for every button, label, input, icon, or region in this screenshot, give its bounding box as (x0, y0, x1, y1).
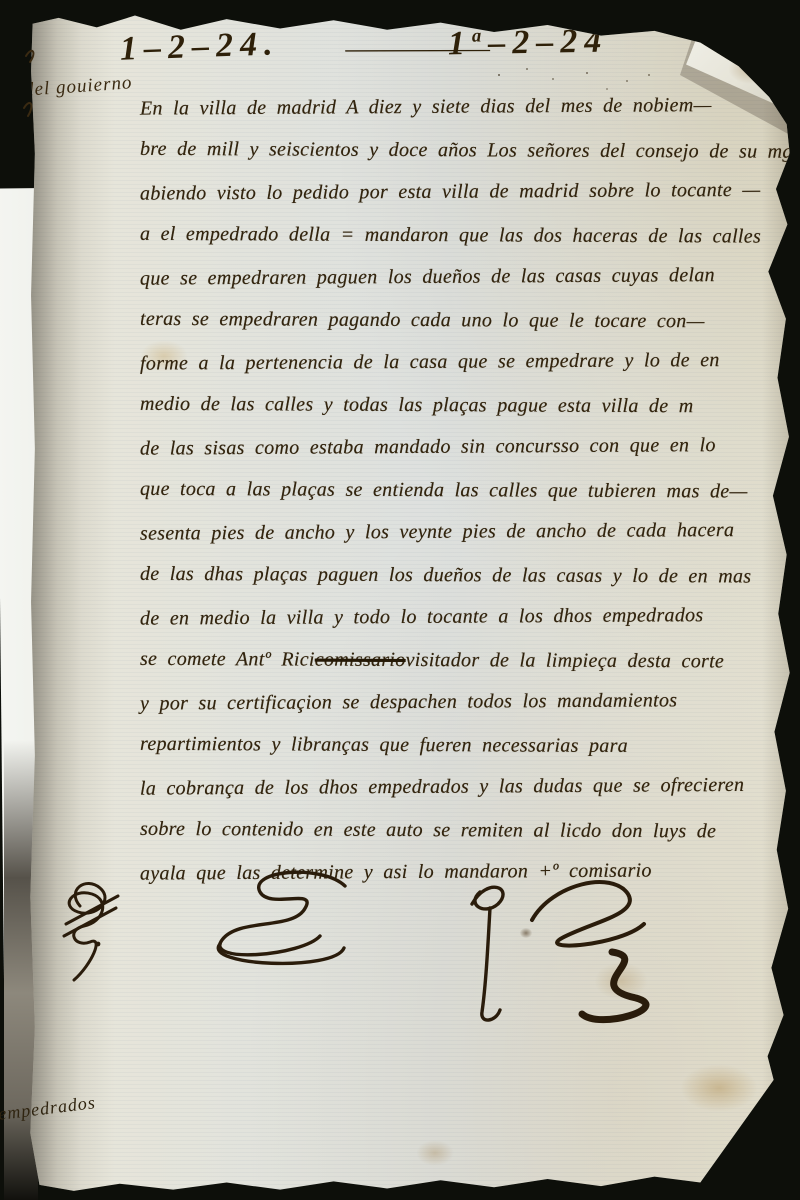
text-line: y por su certificaçion se despachen todo… (28, 679, 786, 726)
signatures-group (52, 860, 672, 1060)
text-line: sobre lo contenido en este auto se remit… (28, 807, 786, 853)
text-line: repartimientos y libranças que fueren ne… (28, 722, 786, 768)
text-line: que se empedraren paguen los dueños de l… (28, 254, 786, 301)
text-line: que toca a las plaças se entienda las ca… (28, 467, 786, 513)
manuscript-text: En la villa de madrid A diez y siete dia… (28, 86, 786, 894)
text-line: medio de las calles y todas las plaças p… (28, 382, 786, 428)
text-line: abiendo visto lo pedido por esta villa d… (28, 169, 786, 216)
left-edge-pen-marks (22, 44, 42, 134)
ink-specks (498, 74, 500, 76)
right-number-superscript: a (472, 25, 489, 46)
text-line: la cobrança de los dhos empedrados y las… (28, 764, 786, 811)
text-line: bre de mill y seiscientos y doce años Lo… (28, 127, 786, 173)
rubrica-signature-4 (532, 882, 646, 1020)
right-number-base: 1 (448, 25, 473, 62)
text-line: forme a la pertenencia de la casa que se… (28, 339, 786, 386)
text-line: a el empedrado della = mandaron que las … (28, 212, 786, 258)
manuscript-scan: 1–2–24. — 1a–2–24 del gouierno En la vil… (0, 0, 800, 1200)
right-number-rest: –2–24 (488, 23, 609, 62)
struck-word: comissario (315, 648, 406, 671)
text-line: de las dhas plaças paguen los dueños de … (28, 552, 786, 598)
stain (680, 1064, 758, 1112)
stain (416, 1140, 454, 1166)
rubrica-signature-3 (472, 887, 503, 1020)
rubrica-signature-2 (218, 872, 345, 963)
archival-number-left: 1–2–24. (119, 25, 280, 69)
manuscript-page: 1–2–24. — 1a–2–24 del gouierno En la vil… (28, 12, 792, 1192)
text-line-with-strikeout: se comete Antº Rici comissario visitador… (28, 637, 786, 683)
text-line: En la villa de madrid A diez y siete dia… (28, 84, 786, 131)
rubrica-signature-1 (64, 883, 118, 980)
text-line: de las sisas como estaba mandado sin con… (28, 424, 786, 471)
text-line: teras se empedraren pagando cada uno lo … (28, 297, 786, 343)
text-line: sesenta pies de ancho y los veynte pies … (28, 509, 786, 556)
text-segment: se comete Antº Rici (140, 647, 315, 671)
text-segment: visitador de la limpieça desta corte (406, 648, 725, 672)
archival-number-right: 1a–2–24 (448, 23, 609, 64)
text-line: de en medio la villa y todo lo tocante a… (28, 594, 786, 641)
